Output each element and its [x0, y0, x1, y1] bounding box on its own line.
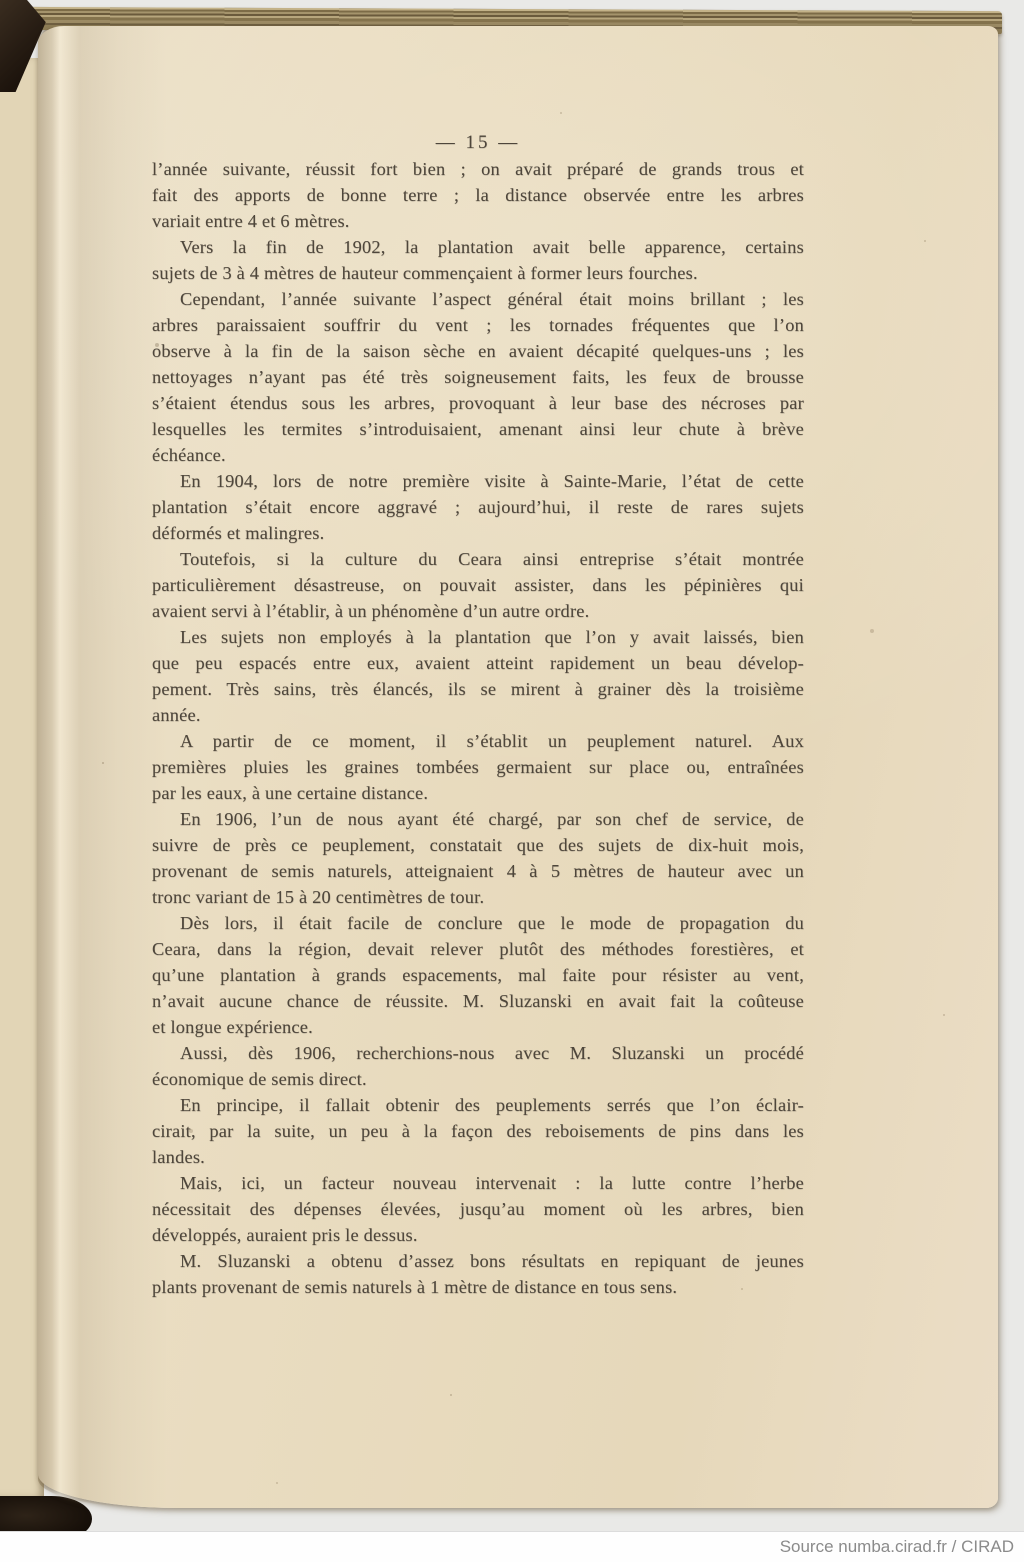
page-gutter-shadow — [38, 26, 168, 1508]
text-line: Ceara, dans la région, devait relever pl… — [152, 936, 804, 962]
text-line: fait des apports de bonne terre ; la dis… — [152, 182, 804, 208]
footer-strip: Source numba.cirad.fr / CIRAD — [0, 1531, 1024, 1562]
text-line: plants provenant de semis naturels à 1 m… — [152, 1274, 804, 1300]
text-line: variait entre 4 et 6 mètres. — [152, 208, 804, 234]
text-line: l’année suivante, réussit fort bien ; on… — [152, 156, 804, 182]
page-text-block: — 15 — l’année suivante, réussit fort bi… — [152, 130, 804, 1300]
text-line: lesquelles les termites s’introduisaient… — [152, 416, 804, 442]
text-line: déformés et malingres. — [152, 520, 804, 546]
text-line: avaient servi à l’établir, à un phénomèn… — [152, 598, 804, 624]
text-line: Aussi, dès 1906, recherchions-nous avec … — [152, 1040, 804, 1066]
page-number: — 15 — — [152, 130, 804, 156]
text-line: particulièrement désastreuse, on pouvait… — [152, 572, 804, 598]
text-line: observe à la fin de la saison sèche en a… — [152, 338, 804, 364]
text-line: développés, auraient pris le dessus. — [152, 1222, 804, 1248]
text-line: plantation s’était encore aggravé ; aujo… — [152, 494, 804, 520]
paper-specks — [38, 26, 40, 28]
text-line: par les eaux, à une certaine distance. — [152, 780, 804, 806]
text-line: année. — [152, 702, 804, 728]
scanned-book-page: — 15 — l’année suivante, réussit fort bi… — [0, 0, 1024, 1562]
text-line: s’étaient étendus sous les arbres, provo… — [152, 390, 804, 416]
text-line: qu’une plantation à grands espacements, … — [152, 962, 804, 988]
text-line: A partir de ce moment, il s’établit un p… — [152, 728, 804, 754]
text-line: premières pluies les graines tombées ger… — [152, 754, 804, 780]
text-line: économique de semis direct. — [152, 1066, 804, 1092]
text-line: pement. Très sains, très élancés, ils se… — [152, 676, 804, 702]
text-line: Dès lors, il était facile de conclure qu… — [152, 910, 804, 936]
text-line: landes. — [152, 1144, 804, 1170]
body-text: l’année suivante, réussit fort bien ; on… — [152, 156, 804, 1300]
text-line: provenant de semis naturels, atteignaien… — [152, 858, 804, 884]
text-line: que peu espacés entre eux, avaient attei… — [152, 650, 804, 676]
source-attribution: Source numba.cirad.fr / CIRAD — [780, 1532, 1014, 1561]
text-line: Cependant, l’année suivante l’aspect gén… — [152, 286, 804, 312]
text-line: Vers la fin de 1902, la plantation avait… — [152, 234, 804, 260]
text-line: sujets de 3 à 4 mètres de hauteur commen… — [152, 260, 804, 286]
text-line: nettoyages n’ayant pas été très soigneus… — [152, 364, 804, 390]
text-line: Mais, ici, un facteur nouveau intervenai… — [152, 1170, 804, 1196]
text-line: arbres paraissaient souffrir du vent ; l… — [152, 312, 804, 338]
text-line: nécessitait des dépenses élevées, jusqu’… — [152, 1196, 804, 1222]
text-line: cirait, par la suite, un peu à la façon … — [152, 1118, 804, 1144]
text-line: et longue expérience. — [152, 1014, 804, 1040]
text-line: suivre de près ce peuplement, constatait… — [152, 832, 804, 858]
text-line: M. Sluzanski a obtenu d’assez bons résul… — [152, 1248, 804, 1274]
text-line: Toutefois, si la culture du Ceara ainsi … — [152, 546, 804, 572]
text-line: échéance. — [152, 442, 804, 468]
text-line: En 1906, l’un de nous ayant été chargé, … — [152, 806, 804, 832]
text-line: n’avait aucune chance de réussite. M. Sl… — [152, 988, 804, 1014]
text-line: tronc variant de 15 à 20 centimètres de … — [152, 884, 804, 910]
text-line: En principe, il fallait obtenir des peup… — [152, 1092, 804, 1118]
book-page: — 15 — l’année suivante, réussit fort bi… — [38, 26, 998, 1508]
text-line: Les sujets non employés à la plantation … — [152, 624, 804, 650]
text-line: En 1904, lors de notre première visite à… — [152, 468, 804, 494]
